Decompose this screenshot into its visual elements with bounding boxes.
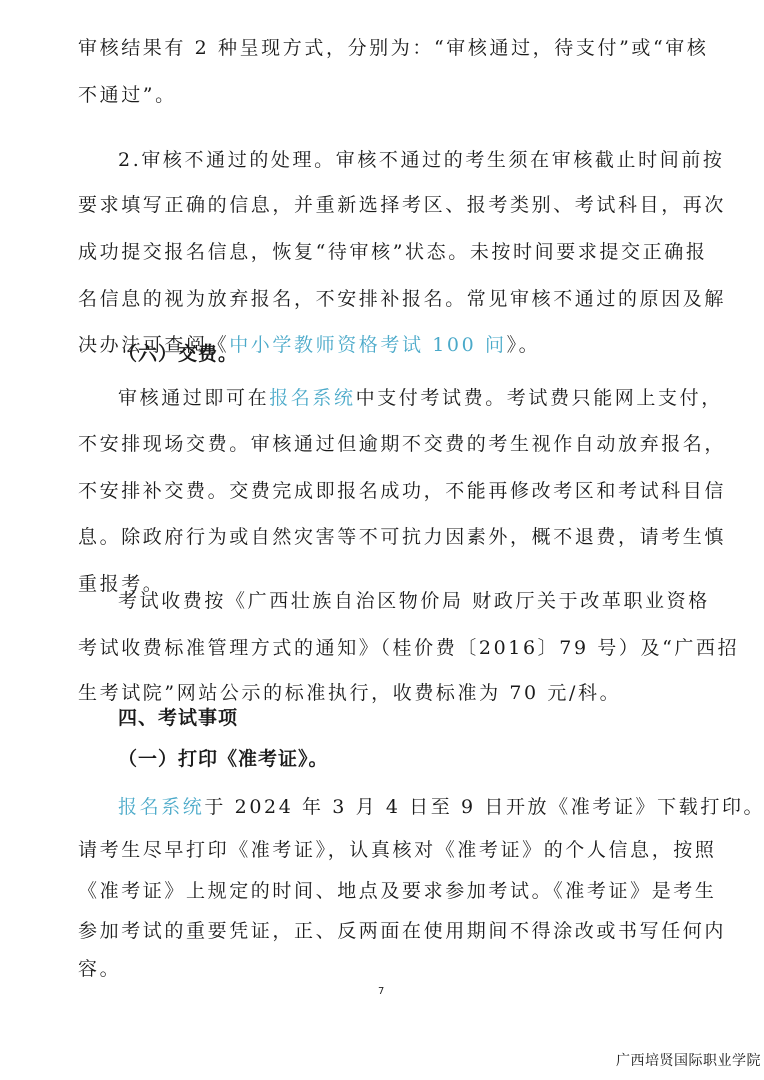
text: 中支付考试费。考试费只能网上支付， — [356, 387, 723, 409]
text: 于 2024 年 3 月 4 日至 9 日开放《准考证》下载打印。 — [204, 796, 764, 818]
registration-system-link[interactable]: 报名系统 — [118, 796, 204, 818]
document-page: 审核结果有 2 种呈现方式，分别为：“审核通过，待支付”或“审核 不通过”。 2… — [0, 0, 764, 1080]
paragraph-line: 成功提交报名信息，恢复“待审核”状态。未按时间要求提交正确报 — [78, 240, 690, 264]
paragraph-line: 容。 — [78, 957, 690, 981]
paragraph-line: 不安排补交费。交费完成即报名成功，不能再修改考区和考试科目信 — [78, 479, 690, 503]
paragraph-line: 息。除政府行为或自然灾害等不可抗力因素外，概不退费，请考生慎 — [78, 525, 690, 549]
page-number: 7 — [378, 986, 384, 997]
paragraph-line: 考试收费按《广西壮族自治区物价局 财政厅关于改革职业资格 — [118, 589, 690, 613]
paragraph-line: 要求填写正确的信息，并重新选择考区、报考类别、考试科目，再次 — [78, 193, 690, 217]
paragraph-line: 生考试院”网站公示的标准执行，收费标准为 70 元/科。 — [78, 681, 690, 705]
paragraph-line: 考试收费标准管理方式的通知》（桂价费〔2016〕79 号）及“广西招 — [78, 636, 690, 660]
paragraph-line: 审核通过即可在报名系统中支付考试费。考试费只能网上支付， — [118, 386, 690, 410]
paragraph-line: 不通过”。 — [78, 83, 690, 107]
paragraph-line: 审核结果有 2 种呈现方式，分别为：“审核通过，待支付”或“审核 — [78, 36, 690, 60]
footer-watermark: 广西培贤国际职业学院 — [616, 1050, 761, 1070]
subsection-heading: （一）打印《准考证》。 — [118, 747, 690, 771]
paragraph-line: 《准考证》上规定的时间、地点及要求参加考试。《准考证》是考生 — [78, 879, 690, 903]
paragraph-line: 2.审核不通过的处理。审核不通过的考生须在审核截止时间前按 — [118, 148, 690, 172]
paragraph-line: 参加考试的重要凭证，正、反两面在使用期间不得涂改或书写任何内 — [78, 919, 690, 943]
paragraph-line: 名信息的视为放弃报名，不安排补报名。常见审核不通过的原因及解 — [78, 287, 690, 311]
paragraph-line: 报名系统于 2024 年 3 月 4 日至 9 日开放《准考证》下载打印。 — [118, 795, 690, 819]
paragraph-line: 不安排现场交费。审核通过但逾期不交费的考生视作自动放弃报名， — [78, 432, 690, 456]
paragraph-line: 请考生尽早打印《准考证》，认真核对《准考证》的个人信息，按照 — [78, 838, 690, 862]
registration-system-link[interactable]: 报名系统 — [269, 387, 355, 409]
text: 审核通过即可在 — [118, 387, 269, 409]
section-heading: 四、考试事项 — [118, 706, 690, 730]
section-heading: （六）交费。 — [118, 342, 690, 366]
